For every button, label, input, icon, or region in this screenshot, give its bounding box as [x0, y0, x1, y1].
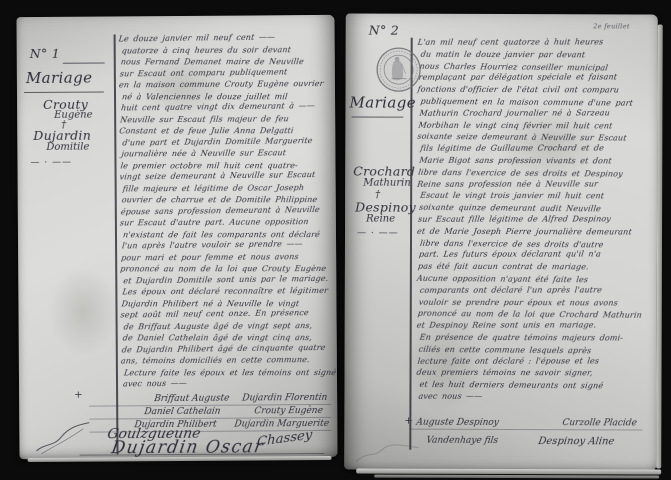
- manuscript-line: Le douze janvier mil neuf cent ——: [118, 31, 327, 45]
- manuscript-line: Neuville sur Escaut fils majeur de feu: [120, 112, 328, 125]
- signature-row: Vandenhaye fils Despinoy Aline: [410, 434, 626, 448]
- manuscript-line: et de Marie Joseph Pierre journalière de…: [416, 225, 649, 238]
- witness-signature: Briffaut Auguste: [153, 394, 230, 405]
- renvoi-mark: +: [74, 390, 82, 401]
- margin-separator: — · ——: [357, 228, 399, 238]
- manuscript-line: pour mari et pour femme et nous avons: [120, 250, 328, 263]
- manuscript-line: quatorze à cinq heures du soir devant: [121, 43, 327, 56]
- manuscript-line: part. Les futurs époux déclarant qu'il n…: [418, 249, 650, 261]
- manuscript-line: ans, témoins domiciliés en cette commune…: [120, 354, 329, 367]
- margin-flourish-scribble: [33, 417, 93, 457]
- signature-row: Auguste Despinoy Curzolle Placide: [410, 416, 642, 431]
- manuscript-line: avec nous ——: [418, 390, 650, 402]
- manuscript-line: en la maison commune Crouty Eugène ouvri…: [118, 78, 327, 91]
- spouse-signature: Despinoy Aline: [538, 436, 616, 447]
- manuscript-line: journalière née à Neuville sur Escaut: [121, 147, 328, 160]
- manuscript-line: avec nous ——: [122, 376, 329, 390]
- manuscript-line: fille majeure et légitime de Oscar Josep…: [122, 181, 328, 194]
- register-scan: N° 1 Mariage Crouty Eugène † Dujardin Do…: [0, 0, 671, 480]
- manuscript-line: Marie Bigot sans profession vivants et d…: [419, 155, 650, 168]
- margin-underline: [63, 62, 105, 63]
- manuscript-line: Escaut le vingt trois janvier mil huit c…: [419, 190, 649, 203]
- manuscript-line: lecture faite ont déclaré : l'épouse et …: [417, 355, 650, 367]
- margin-underline: [351, 116, 403, 117]
- margin-underline: [24, 92, 104, 94]
- manuscript-line: pas été fait aucun contrat de mariage.: [417, 261, 649, 274]
- manuscript-line: vouloir se prendre pour époux et nous av…: [418, 296, 649, 309]
- manuscript-line: fonctions d'officier de l'état civil ont…: [417, 84, 650, 97]
- manuscript-line: fils légitime de Guillaume Crochard et d…: [420, 142, 651, 154]
- sheet-number-note: 2e feuillet: [593, 22, 630, 30]
- manuscript-line: En présence de quatre témoins majeurs do…: [419, 332, 649, 345]
- witness-signature: Dujardin Florentin: [241, 393, 327, 404]
- stacked-sheets-edge: [356, 468, 661, 474]
- groom-firstname: Mathurin: [363, 178, 411, 189]
- manuscript-line: Mathurin Crochard journalier né à Sarzea…: [419, 107, 651, 119]
- witness-signature: Auguste Despinoy: [416, 418, 500, 428]
- manuscript-line: Les époux ont déclaré reconnaître et lég…: [122, 285, 329, 298]
- manuscript-line: et Despinoy Reine sont unis en mariage.: [416, 319, 650, 331]
- stacked-sheets-edge: [656, 25, 663, 469]
- paper-stain: [48, 266, 119, 356]
- act-type-label: Mariage: [349, 93, 416, 111]
- bride-firstname: Reine: [366, 214, 395, 225]
- page-edge: [28, 456, 332, 462]
- act-type-label: Mariage: [26, 69, 93, 87]
- manuscript-line: sur Escaut d'autre part. Aucune oppositi…: [119, 216, 328, 229]
- witness-signature: Curzolle Placide: [561, 418, 637, 428]
- manuscript-line: L'an mil neuf cent quatorze à huit heure…: [417, 36, 651, 48]
- manuscript-line: Reine sans profession née à Neuville sur: [416, 178, 650, 190]
- manuscript-line: sept août mil neuf cent onze. En présenc…: [120, 307, 329, 321]
- verso-bleed-scribble: [352, 441, 422, 467]
- act-number: N° 2: [369, 23, 399, 38]
- act-number: N° 1: [30, 46, 60, 61]
- act-body-text: Le douze janvier mil neuf cent ——quatorz…: [119, 32, 329, 390]
- republique-stamp-icon: [375, 46, 423, 94]
- witness-signature: Vandenhaye fils: [426, 436, 499, 446]
- bride-firstname: Domitile: [46, 142, 89, 153]
- manuscript-line: huit cent quatre vingt dix demeurant à —…: [120, 100, 327, 114]
- spouse-signature: Crouty Eugène: [254, 406, 324, 416]
- manuscript-line: Morbihan le vingt cinq février mil huit …: [418, 119, 650, 132]
- manuscript-line: comparants ont déclaré l'un après l'autr…: [419, 284, 650, 296]
- manuscript-line: sur Escaut fille légitime de Alfred Desp…: [417, 213, 650, 225]
- spouse-signature: Dujardin Marguerite: [234, 419, 330, 430]
- manuscript-line: remplaçant par délégation spéciale et fa…: [418, 72, 651, 84]
- groom-firstname: Eugène: [54, 110, 92, 121]
- right-page: 2e feuillet N° 2 Mariage Crochard Mathur…: [344, 13, 658, 470]
- stacked-sheets-edge: [374, 475, 659, 479]
- witness-signature: Daniel Cathelain: [144, 407, 222, 418]
- manuscript-line: vingt seize demeurant à Neuville sur Esc…: [119, 169, 328, 183]
- manuscript-line: deux premiers témoins ne savoir signer,: [416, 367, 649, 380]
- manuscript-line: de Briffaut Auguste âgé de vingt sept an…: [123, 319, 329, 332]
- bride-surname: Despinoy: [355, 199, 416, 214]
- groom-surname: Crochard: [353, 163, 415, 178]
- act-body-text: L'an mil neuf cent quatorze à huit heure…: [416, 37, 649, 404]
- manuscript-line: l'un après l'autre vouloir se prendre ——: [121, 238, 328, 252]
- manuscript-line: du matin le douze janvier par devant: [420, 49, 650, 62]
- margin-separator: — · ——: [30, 158, 72, 168]
- left-page: N° 1 Mariage Crouty Eugène † Dujardin Do…: [16, 15, 337, 459]
